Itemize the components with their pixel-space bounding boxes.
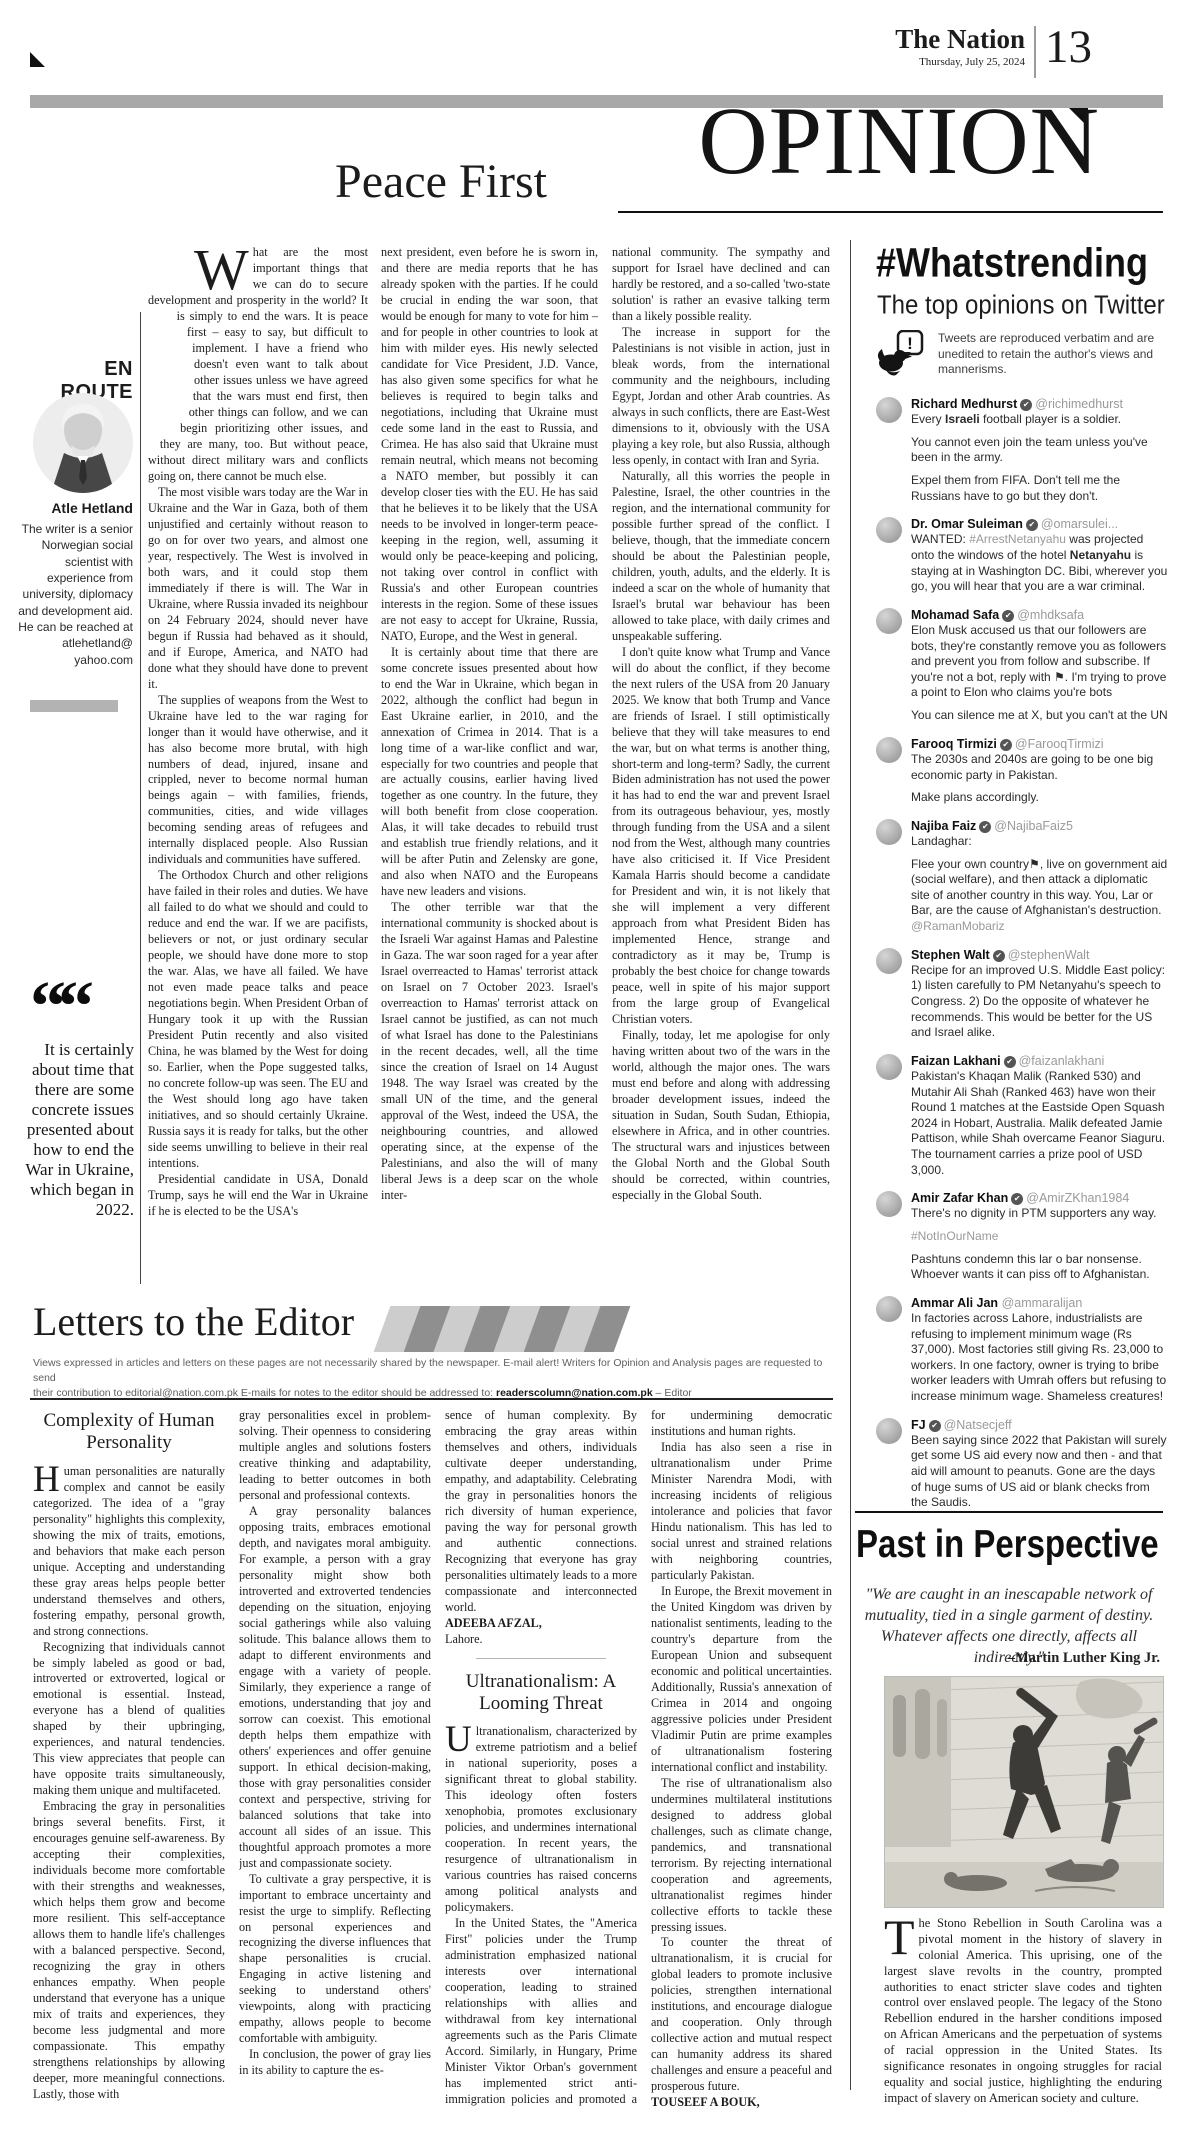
tweet-text: Been saying since 2022 that Pakistan wil…	[911, 1433, 1168, 1508]
avatar	[876, 1054, 902, 1080]
tweet-text: You can silence me at X, but you can't a…	[911, 708, 1168, 724]
tweet-author: Dr. Omar Suleiman	[911, 517, 1023, 531]
tweet-text: Elon Musk accused us that our followers …	[911, 623, 1168, 701]
author-photo	[33, 393, 133, 493]
letters-column-2: gray personalities excel in problem-solv…	[239, 1408, 431, 2110]
masthead-title-block: The Nation Thursday, July 25, 2024	[895, 26, 1025, 68]
tweet-header: FJ✔@Natsecjeff	[911, 1417, 1168, 1433]
tweet: Najiba Faiz✔@NajibaFaiz5Landaghar:Flee y…	[876, 818, 1168, 942]
bio-end-bar	[30, 700, 118, 712]
letters-column-1: Complexity of Human Personality Human pe…	[33, 1408, 225, 2110]
tweets-list: Richard Medhurst✔@richimedhurstEvery Isr…	[876, 396, 1168, 1508]
letter-divider	[476, 1658, 606, 1659]
past-rule	[855, 1511, 1163, 1513]
tweet-handle: @AmirZKhan1984	[1026, 1191, 1129, 1205]
tweet-header: Dr. Omar Suleiman✔@omarsulei...	[911, 516, 1168, 532]
tweet: FJ✔@NatsecjeffBeen saying since 2022 tha…	[876, 1417, 1168, 1508]
tweet-header: Ammar Ali Jan @ammaralijan	[911, 1295, 1168, 1311]
section-underline	[618, 211, 1163, 213]
article-column-1: What are the most important things that …	[148, 245, 368, 1283]
verified-icon: ✔	[1011, 1193, 1023, 1205]
tweet: Ammar Ali Jan @ammaralijanIn factories a…	[876, 1295, 1168, 1412]
tweet-text: In factories across Lahore, industrialis…	[911, 1311, 1168, 1405]
paper-title: The Nation	[895, 26, 1025, 53]
avatar	[876, 1191, 902, 1217]
letters-column-3: sence of human complexity. By embracing …	[445, 1408, 637, 2110]
verified-icon: ✔	[1026, 519, 1038, 531]
tweet-handle: @FarooqTirmizi	[1015, 737, 1104, 751]
verified-icon: ✔	[993, 950, 1005, 962]
letters-heading: Letters to the Editor	[33, 1302, 354, 1342]
letters-column-4: for undermining democratic institutions …	[651, 1408, 832, 2110]
tweet: Richard Medhurst✔@richimedhurstEvery Isr…	[876, 396, 1168, 511]
twitter-bird-icon: !	[876, 330, 928, 376]
newspaper-page: The Nation Thursday, July 25, 2024 13 OP…	[0, 0, 1200, 2133]
dropcap: H	[33, 1464, 64, 1495]
tweet-handle: @Natsecjeff	[944, 1418, 1012, 1432]
tweet-text: Flee your own country⚑, live on governme…	[911, 857, 1168, 935]
tweet-text: Expel them from FIFA. Don't tell me the …	[911, 473, 1168, 504]
tweet-header: Richard Medhurst✔@richimedhurst	[911, 396, 1168, 412]
article-title: Peace First	[135, 158, 747, 206]
tweet-text: You cannot even join the team unless you…	[911, 435, 1168, 466]
tweet-text: WANTED: #ArrestNetanyahu was projected o…	[911, 532, 1168, 594]
author-name: Atle Hetland	[18, 500, 133, 516]
tweet-handle: @NajibaFaiz5	[994, 819, 1073, 833]
tweet-author: Farooq Tirmizi	[911, 737, 997, 751]
author-bio: The writer is a senior Norwegian social …	[12, 521, 133, 668]
verified-icon: ✔	[979, 821, 991, 833]
right-column-divider	[850, 240, 851, 2090]
tweet-text: Landaghar:	[911, 834, 1168, 850]
tweet-text: Pashtuns condemn this lar o bar nonsense…	[911, 1252, 1168, 1283]
tweet-handle: @omarsulei...	[1041, 517, 1118, 531]
tweet-handle: @faizanlakhani	[1019, 1054, 1105, 1068]
tweet-text: There's no dignity in PTM supporters any…	[911, 1206, 1168, 1222]
tweet-header: Faizan Lakhani✔@faizanlakhani	[911, 1053, 1168, 1069]
masthead-divider	[1034, 26, 1036, 78]
tweet-text: Pakistan's Khaqan Malik (Ranked 530) and…	[911, 1069, 1168, 1178]
verified-icon: ✔	[1004, 1056, 1016, 1068]
letter-signature-name: TOUSEEF A BOUK,	[651, 2095, 832, 2110]
avatar	[876, 948, 902, 974]
verified-icon: ✔	[1020, 399, 1032, 411]
avatar	[876, 737, 902, 763]
pull-quote-marks: ““	[30, 985, 86, 1028]
page-number: 13	[1045, 26, 1092, 69]
verified-icon: ✔	[1000, 739, 1012, 751]
tweet-text: Recipe for an improved U.S. Middle East …	[911, 963, 1168, 1041]
tweet-author: Faizan Lakhani	[911, 1054, 1001, 1068]
letter-signature-city: Lahore.	[445, 1632, 637, 1648]
tweet-header: Farooq Tirmizi✔@FarooqTirmizi	[911, 736, 1168, 752]
dropcap: W	[194, 245, 253, 292]
paper-date: Thursday, July 25, 2024	[895, 56, 1025, 68]
letters-disclaimer: Views expressed in articles and letters …	[33, 1356, 833, 1402]
verified-icon: ✔	[1002, 610, 1014, 622]
avatar	[876, 1296, 902, 1322]
tweet: Dr. Omar Suleiman✔@omarsulei...WANTED: #…	[876, 516, 1168, 602]
letter-title: Ultranationalism: A Looming Threat	[445, 1671, 637, 1715]
svg-text:!: !	[907, 334, 913, 353]
tweet-author: Ammar Ali Jan	[911, 1296, 998, 1310]
avatar	[876, 1418, 902, 1444]
corner-marker	[30, 52, 45, 67]
letter-title: Complexity of Human Personality	[33, 1410, 225, 1454]
stono-rebellion-illustration	[884, 1676, 1164, 1908]
letters-rule	[30, 1398, 833, 1400]
whatstrending-note: Tweets are reproduced verbatim and are u…	[938, 331, 1164, 378]
tweet-text: The 2030s and 2040s are going to be one …	[911, 752, 1168, 783]
tweet-handle: @mhdksafa	[1017, 608, 1084, 622]
tweet-header: Najiba Faiz✔@NajibaFaiz5	[911, 818, 1168, 834]
author-portrait-image	[33, 393, 133, 493]
tweet-handle: @stephenWalt	[1008, 948, 1090, 962]
whatstrending-subtitle: The top opinions on Twitter	[877, 293, 1177, 319]
pull-quote: It is certainly about time that there ar…	[22, 1040, 134, 1220]
avatar	[876, 819, 902, 845]
tweet-author: Amir Zafar Khan	[911, 1191, 1008, 1205]
tweet-author: Mohamad Safa	[911, 608, 999, 622]
avatar	[876, 517, 902, 543]
tweet-handle: @ammaralijan	[1002, 1296, 1083, 1310]
article-divider	[140, 312, 141, 1284]
past-heading: Past in Perspective	[856, 1524, 1166, 1563]
article-column-3: national community. The sympathy and sup…	[612, 245, 830, 1283]
avatar	[876, 608, 902, 634]
tweet-header: Amir Zafar Khan✔@AmirZKhan1984	[911, 1190, 1168, 1206]
tweet-text: Make plans accordingly.	[911, 790, 1168, 806]
tweet-author: Najiba Faiz	[911, 819, 976, 833]
tweet-header: Mohamad Safa✔@mhdksafa	[911, 607, 1168, 623]
masthead: The Nation Thursday, July 25, 2024 13	[840, 26, 1092, 78]
dropcap: U	[445, 1724, 476, 1755]
whatstrending-title: #Whatstrending	[876, 243, 1176, 283]
tweet: Amir Zafar Khan✔@AmirZKhan1984There's no…	[876, 1190, 1168, 1290]
dropcap: T	[884, 1916, 919, 1957]
tweet-author: Stephen Walt	[911, 948, 990, 962]
avatar	[876, 397, 902, 423]
tweet-header: Stephen Walt✔@stephenWalt	[911, 947, 1168, 963]
past-body: The Stono Rebellion in South Carolina wa…	[884, 1916, 1162, 2130]
tweet-author: Richard Medhurst	[911, 397, 1017, 411]
tweet: Farooq Tirmizi✔@FarooqTirmiziThe 2030s a…	[876, 736, 1168, 813]
tweet-text: Every Israeli football player is a soldi…	[911, 412, 1168, 428]
tweet: Mohamad Safa✔@mhdksafaElon Musk accused …	[876, 607, 1168, 731]
verified-icon: ✔	[929, 1420, 941, 1432]
article-column-2: next president, even before he is sworn …	[381, 245, 598, 1283]
letter-signature-name: ADEEBA AFZAL,	[445, 1616, 637, 1632]
tweet-handle: @richimedhurst	[1035, 397, 1123, 411]
tweet-author: FJ	[911, 1418, 926, 1432]
tweet: Faizan Lakhani✔@faizanlakhaniPakistan's …	[876, 1053, 1168, 1185]
tweet: Stephen Walt✔@stephenWaltRecipe for an i…	[876, 947, 1168, 1048]
past-attribution: –Martin Luther King Jr.	[858, 1650, 1160, 1667]
letters-stripes	[382, 1306, 622, 1352]
tweet-text: #NotInOurName	[911, 1229, 1168, 1245]
